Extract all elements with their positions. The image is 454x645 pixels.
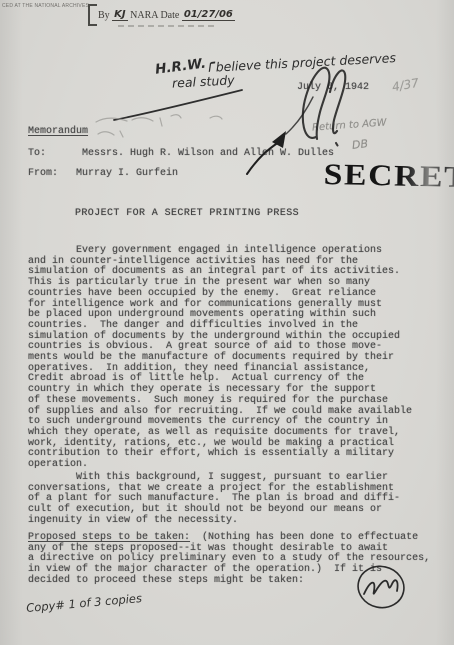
hrw-note-line1: I believe this project deserves — [208, 50, 396, 75]
nara-declassification-stamp: By KJ NARA Date 01/27/06 — [88, 4, 235, 26]
annotation-arrow — [247, 97, 313, 174]
pencil-mark: 4/37 — [391, 76, 420, 94]
body-paragraph-3: Proposed steps to be taken: (Nothing has… — [28, 533, 430, 587]
body-paragraph-2: With this background, I suggest, pursuan… — [28, 473, 400, 527]
nara-reviewer-initials: KJ — [112, 9, 127, 21]
to-line: To: Messrs. Hugh R. Wilson and Allen W. … — [28, 149, 334, 160]
body-paragraph-1: Every government engaged in intelligence… — [28, 246, 412, 471]
document-title: PROJECT FOR A SECRET PRINTING PRESS — [75, 209, 299, 220]
date-line: July 6, 1942 — [297, 83, 369, 94]
return-routing-note: Return to AGW — [312, 117, 387, 133]
from-line: From: Murray I. Gurfein — [28, 169, 178, 180]
archive-header-note: CED AT THE NATIONAL ARCHIVES — [2, 3, 89, 9]
copy-count-note: Copy# 1 of 3 copies — [26, 591, 143, 615]
nara-date-label: NARA Date — [128, 10, 182, 21]
nara-date-value: 01/27/06 — [182, 9, 235, 21]
scanned-memo-page: CED AT THE NATIONAL ARCHIVES By KJ NARA … — [0, 0, 454, 645]
proposed-steps-heading: Proposed steps to be taken: — [28, 532, 190, 543]
stamp-bleedthrough-dashes — [118, 25, 214, 27]
return-routing-initials: DB — [351, 137, 368, 152]
hrw-underline-swoosh — [114, 90, 242, 120]
pencil-scribbles — [96, 115, 222, 137]
hrw-note-line2: real study — [172, 72, 235, 90]
memo-label: Memorandum — [28, 127, 88, 138]
secret-classification-stamp: SECRET — [323, 160, 454, 193]
nara-by-label: By — [98, 10, 112, 21]
signature-scrawl — [303, 68, 345, 146]
